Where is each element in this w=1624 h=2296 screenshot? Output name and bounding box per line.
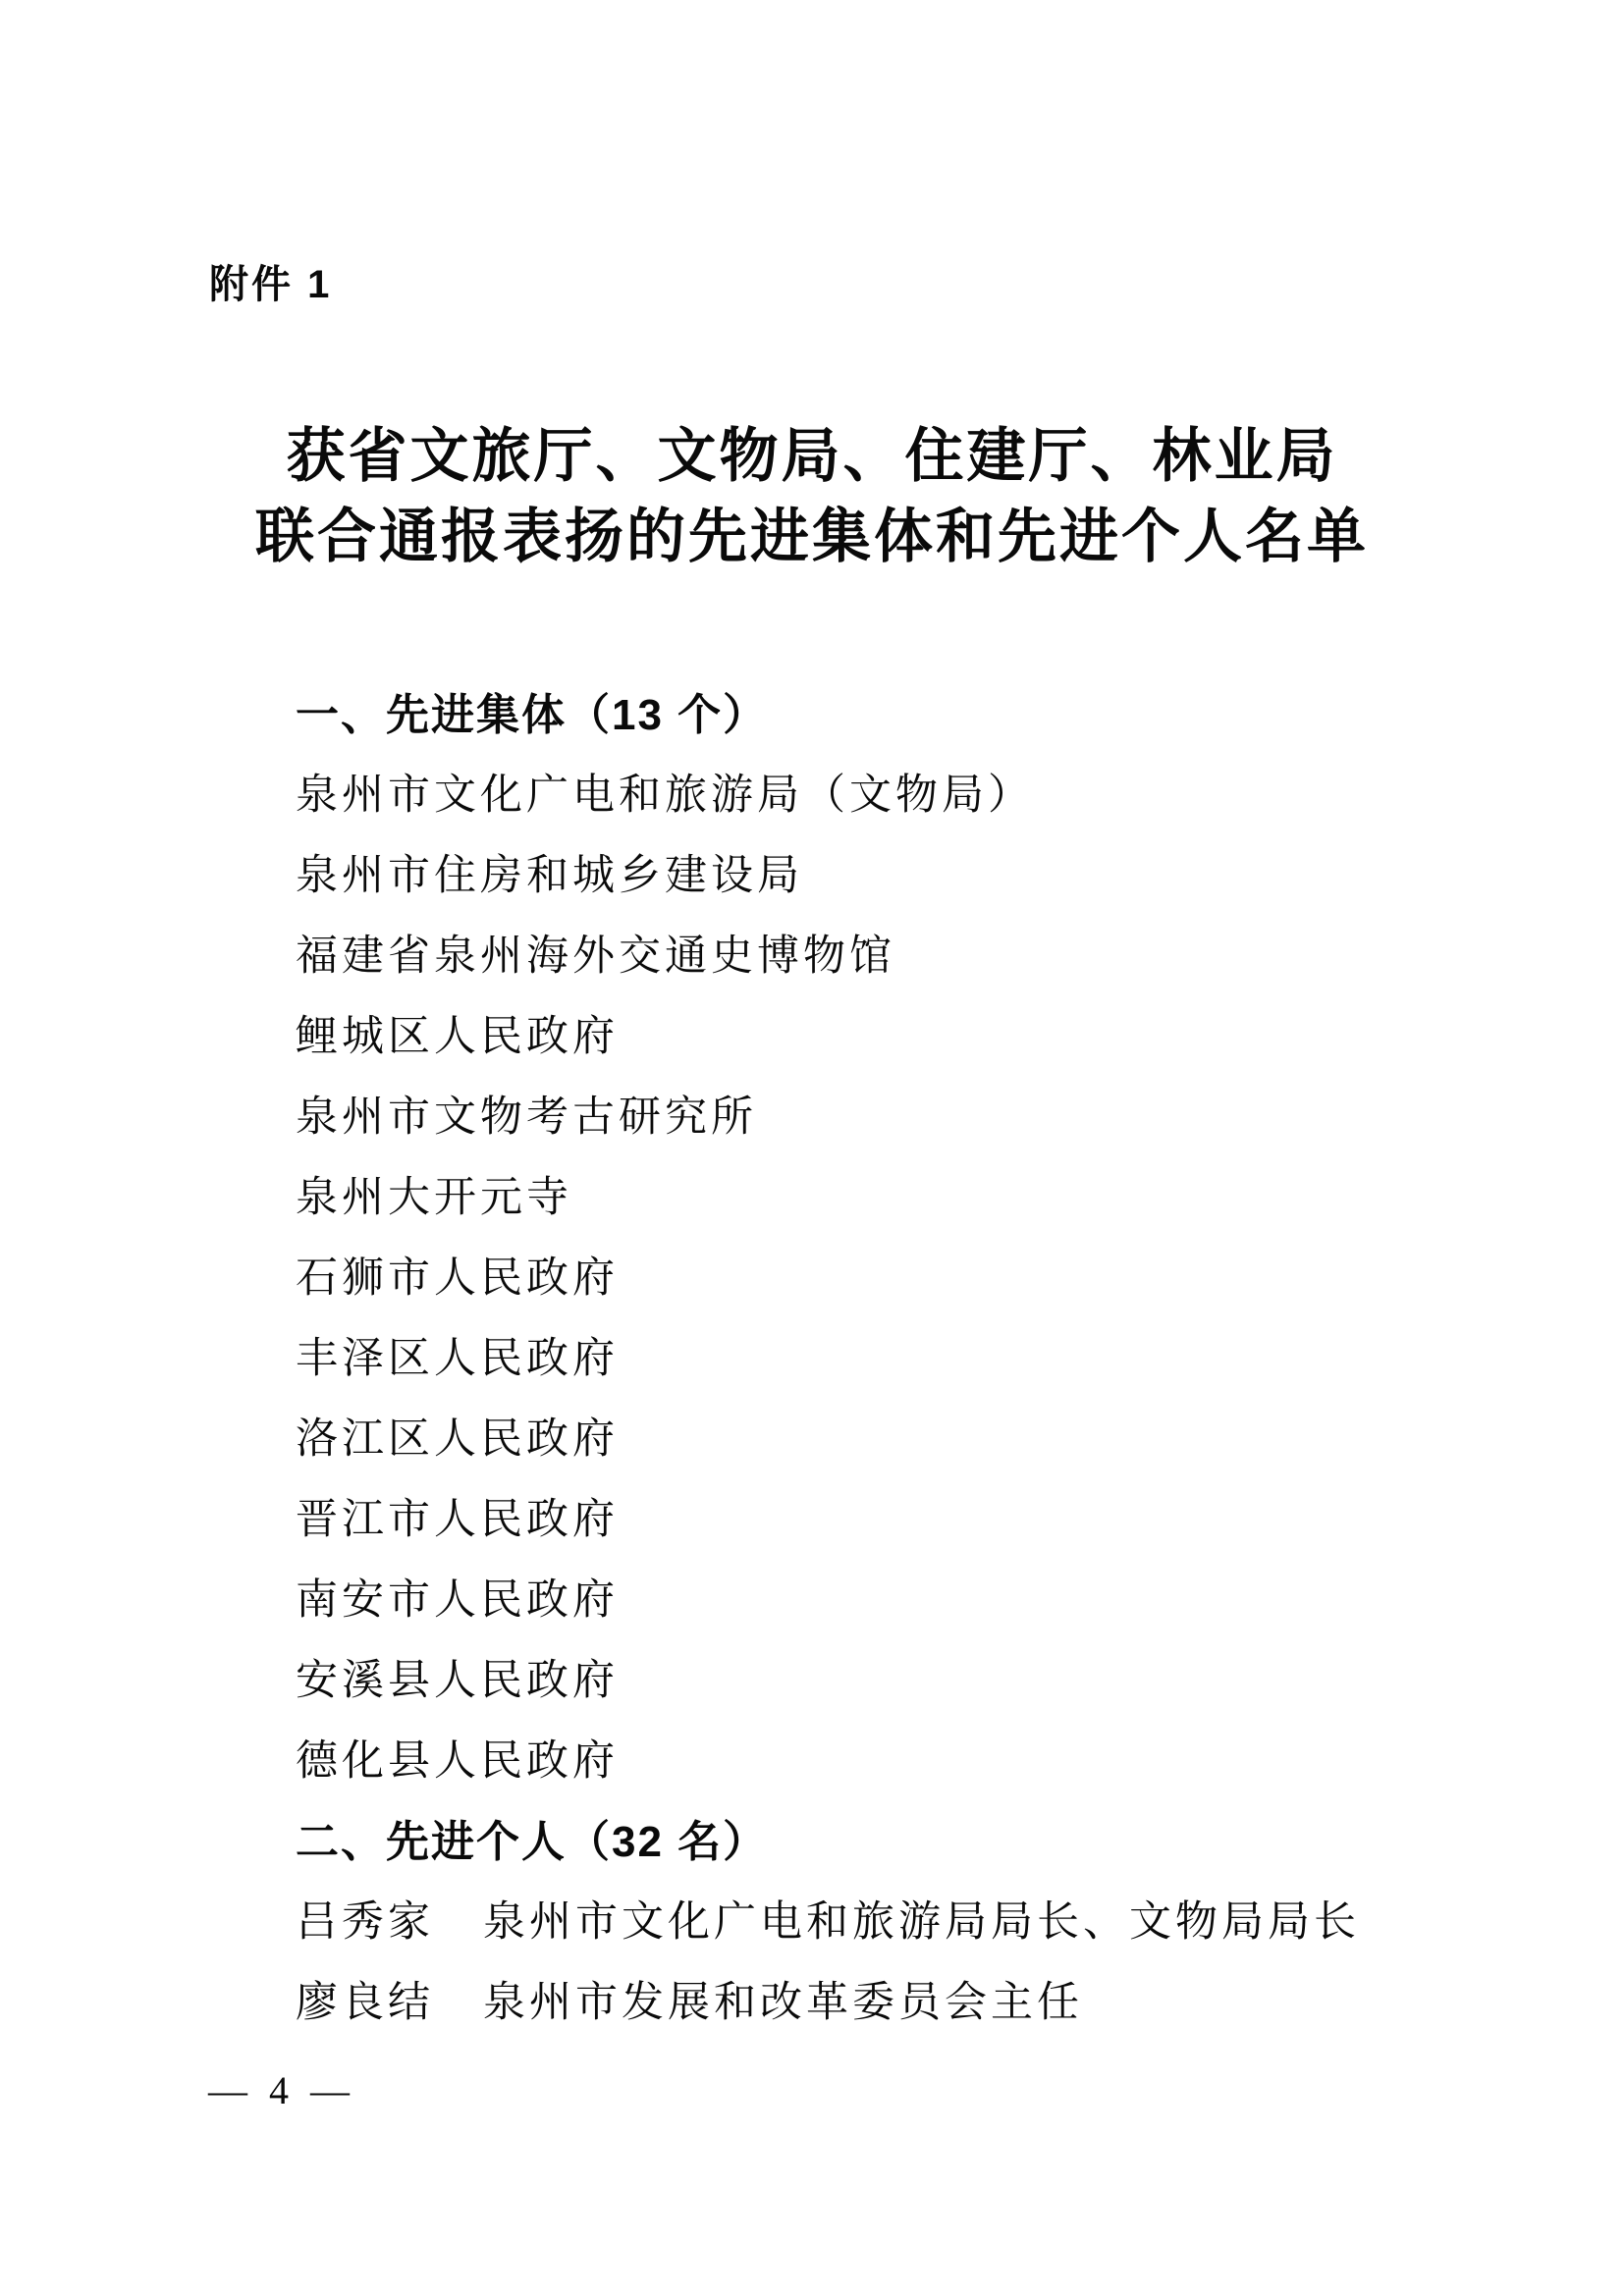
document-body: 一、先进集体（13 个） 泉州市文化广电和旅游局（文物局） 泉州市住房和城乡建设… xyxy=(211,675,1506,2044)
collective-item: 泉州大开元寺 xyxy=(211,1158,1506,1239)
collective-item: 洛江区人民政府 xyxy=(211,1400,1506,1480)
document-title: 获省文旅厅、文物局、住建厅、林业局 联合通报表扬的先进集体和先进个人名单 xyxy=(0,416,1624,577)
person-title: 泉州市发展和改革委员会主任 xyxy=(483,1980,1083,2026)
person-row: 廖良结泉州市发展和改革委员会主任 xyxy=(211,1963,1506,2044)
collective-item: 泉州市文化广电和旅游局（文物局） xyxy=(211,756,1506,836)
document-page: 附件 1 获省文旅厅、文物局、住建厅、林业局 联合通报表扬的先进集体和先进个人名… xyxy=(0,0,1624,2296)
collective-item: 丰泽区人民政府 xyxy=(211,1319,1506,1400)
section-2-heading: 二、先进个人（32 名） xyxy=(211,1802,1506,1883)
collective-item: 安溪县人民政府 xyxy=(211,1641,1506,1722)
person-name: 吕秀家 xyxy=(296,1899,434,1946)
collective-item: 南安市人民政府 xyxy=(211,1561,1506,1641)
section-1-heading: 一、先进集体（13 个） xyxy=(211,675,1506,756)
page-number: — 4 — xyxy=(208,2069,355,2112)
attachment-label: 附件 1 xyxy=(209,263,332,306)
collective-item: 晋江市人民政府 xyxy=(211,1480,1506,1561)
person-row: 吕秀家泉州市文化广电和旅游局局长、文物局局长 xyxy=(211,1883,1506,1963)
person-title: 泉州市文化广电和旅游局局长、文物局局长 xyxy=(483,1899,1360,1946)
collective-item: 福建省泉州海外交通史博物馆 xyxy=(211,917,1506,997)
collective-item: 德化县人民政府 xyxy=(211,1722,1506,1802)
collective-item: 泉州市住房和城乡建设局 xyxy=(211,836,1506,917)
person-name: 廖良结 xyxy=(296,1980,434,2026)
collective-item: 泉州市文物考古研究所 xyxy=(211,1078,1506,1158)
document-title-line2: 联合通报表扬的先进集体和先进个人名单 xyxy=(0,497,1624,577)
collective-item: 石狮市人民政府 xyxy=(211,1239,1506,1319)
collective-item: 鲤城区人民政府 xyxy=(211,997,1506,1078)
document-title-line1: 获省文旅厅、文物局、住建厅、林业局 xyxy=(0,416,1624,497)
